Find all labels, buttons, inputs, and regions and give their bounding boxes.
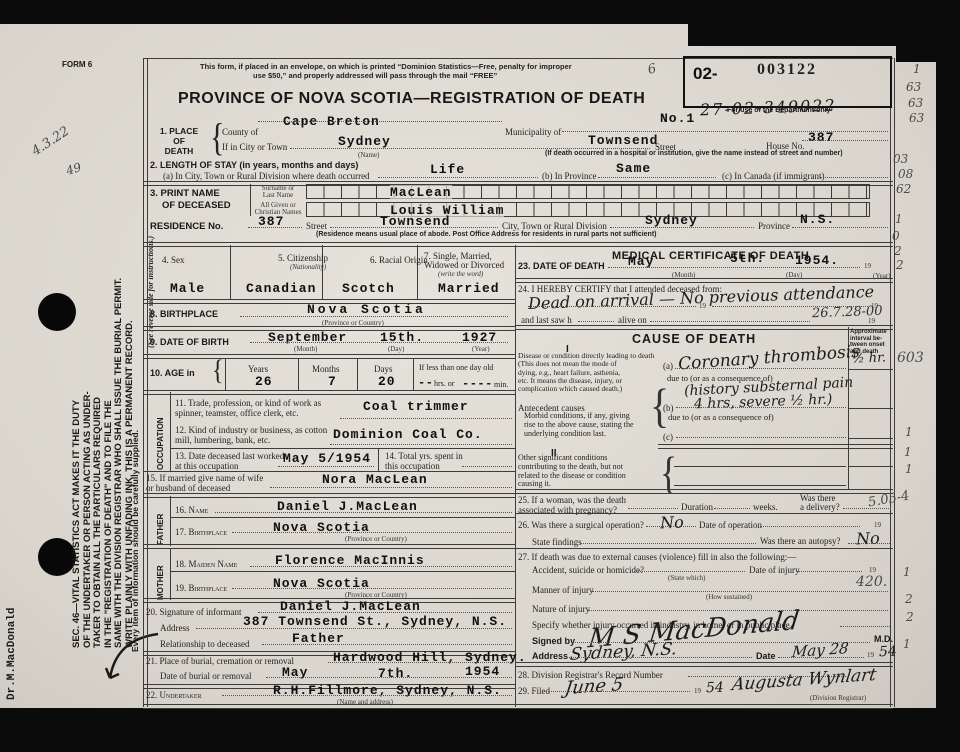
stay-b-value: Same — [616, 161, 651, 176]
rule — [143, 493, 515, 498]
delivery-label: Was there a delivery? — [800, 494, 840, 512]
length-of-stay-label: 2. LENGTH OF STAY (in years, months and … — [150, 160, 358, 170]
injury-pencil: 420. — [856, 574, 887, 590]
nature-label: Nature of injury — [532, 604, 590, 614]
rule — [290, 148, 650, 149]
age-less-label: If less than one day old — [419, 363, 493, 372]
rule — [598, 177, 716, 178]
margin-mark: 2 — [896, 258, 904, 272]
autopsy-hand: No — [856, 529, 880, 549]
rule — [848, 466, 893, 467]
age-days-value: 20 — [378, 374, 396, 389]
findings-label: State findings — [532, 537, 582, 547]
rule — [378, 177, 538, 178]
form-title: PROVINCE OF NOVA SCOTIA—REGISTRATION OF … — [178, 90, 645, 108]
margin-mark: 1 — [904, 445, 912, 459]
age-hrs-dash: -- — [418, 376, 433, 390]
burial-date-label: Date of burial or removal — [160, 671, 251, 681]
department-caption: For use of the Department only — [727, 107, 830, 114]
rule — [674, 466, 846, 467]
residence-province-value: N.S. — [800, 212, 835, 227]
margin-mark: 1 — [913, 62, 921, 76]
rule — [215, 512, 512, 513]
signed-date-label: Date — [756, 651, 776, 661]
form-number: FORM 6 — [62, 60, 92, 69]
how-sustained-sub: (How sustained) — [706, 593, 752, 601]
rule — [143, 390, 515, 395]
rule — [714, 508, 750, 509]
rule — [413, 358, 414, 390]
citizenship-label: 5. Citizenship — [278, 253, 328, 263]
spouse-label: 15. If married give name of wife or husb… — [146, 474, 263, 493]
rule — [248, 227, 302, 228]
stay-b-label: (b) In Province — [542, 171, 596, 181]
father-name-label: 16. Name — [175, 505, 208, 515]
informant-address-value: 387 Townsend St., Sydney, N.S. — [243, 614, 507, 629]
birth-day-sub: (Day) — [388, 345, 404, 353]
margin-mark: 63 — [906, 80, 921, 94]
marital-sub: (write the word) — [438, 270, 483, 278]
city-value: Sydney — [338, 134, 391, 149]
place-of-death-label: 1. PLACE OF DEATH — [150, 126, 208, 156]
age-months-label: Months — [312, 364, 340, 374]
industry-label: 12. Kind of industry or business, as cot… — [175, 426, 327, 445]
pre-year: 19 — [867, 651, 874, 659]
stay-c-label: (c) In Canada (if immigrant) — [722, 171, 824, 181]
rule — [170, 496, 171, 546]
father-group-label: FATHER — [156, 497, 165, 545]
rule — [417, 245, 418, 300]
rule — [820, 177, 888, 178]
print-name-label1: 3. PRINT NAME — [150, 188, 220, 199]
margin-mark: 03 — [893, 152, 908, 166]
injury-date-label: Date of injury — [749, 565, 799, 575]
rule — [610, 227, 754, 228]
rule — [250, 184, 251, 216]
rule — [170, 548, 171, 600]
margin-mark: 62 — [896, 182, 911, 196]
municipality-label: Municipality of — [505, 127, 561, 137]
disease-note: Disease or condition directly leading to… — [518, 352, 654, 393]
margin-mark: 603 — [897, 350, 924, 366]
rule — [802, 140, 888, 141]
rule — [278, 466, 374, 467]
cause-a-interval-hand: ½ hr. — [852, 350, 887, 366]
informant-label: 20. Signature of informant — [146, 607, 241, 617]
margin-mark: 2 — [894, 244, 902, 258]
death-day-value: 5th. — [730, 251, 765, 266]
rule — [143, 242, 893, 247]
operation-label: 26. Was there a surgical operation? — [518, 520, 644, 530]
form-border-bottom — [143, 704, 893, 709]
rule — [848, 408, 893, 409]
filed-label: 29. Filed — [518, 686, 550, 696]
citizenship-sub: (Nationality) — [290, 263, 326, 271]
rule — [650, 321, 810, 322]
rule — [674, 485, 846, 486]
residence-note: (Residence means usual place of abode. P… — [316, 231, 657, 238]
age-days-label: Days — [374, 364, 393, 374]
informant-address-label: Address — [160, 623, 190, 633]
pre-year: 19 — [868, 317, 875, 325]
weeks-label: weeks. — [753, 502, 778, 512]
rule — [843, 508, 891, 509]
margin-mark: 63 — [908, 96, 923, 110]
rule — [196, 628, 512, 629]
external-causes-label: 27. If death was due to external causes … — [518, 552, 796, 562]
last-saw-label: and last saw h — [521, 315, 572, 325]
margin-mark: 08 — [898, 167, 913, 181]
municipality-value: No.1 — [660, 111, 695, 126]
racial-origin-label: 6. Racial Origin — [370, 255, 428, 265]
mother-birthplace-label: 19. Birthplace — [175, 583, 227, 593]
birth-month-sub: (Month) — [294, 345, 317, 353]
department-serial: 003122 — [757, 61, 817, 79]
manner-label: Manner of injury — [532, 585, 593, 595]
rule — [646, 526, 696, 527]
mother-group-label: MOTHER — [156, 550, 165, 600]
md-label: M.D. — [874, 634, 893, 644]
duration-label: Duration — [681, 502, 713, 512]
undertaker-sub: (Name and address) — [337, 698, 393, 706]
rule — [760, 526, 860, 527]
rule — [792, 227, 888, 228]
undertaker-label: 22. Undertaker — [146, 690, 202, 700]
rule — [848, 369, 893, 370]
mail-notice-line2: use $50,” and properly addressed will pa… — [253, 71, 497, 80]
rule — [592, 591, 888, 592]
rule — [222, 695, 512, 696]
rule — [250, 566, 512, 567]
scan-speck — [428, 4, 444, 16]
residence-street-label: Street — [306, 221, 327, 231]
rule — [170, 571, 515, 572]
scan-edge-right — [936, 0, 960, 752]
industry-value: Dominion Coal Co. — [333, 427, 483, 442]
county-label: County of — [222, 127, 258, 137]
death-year-value: 1954. — [795, 253, 839, 268]
pre-year: 19 — [699, 302, 706, 310]
punch-hole-top — [38, 293, 76, 331]
rule — [676, 407, 846, 408]
age-label: 10. AGE in — [150, 368, 195, 378]
rule — [515, 325, 893, 330]
rule — [515, 548, 893, 549]
birth-year-sub: (Year) — [472, 345, 490, 353]
residence-province-label: Province — [758, 221, 790, 231]
rule — [258, 121, 502, 122]
father-birthplace-sub: (Province or Country) — [345, 535, 407, 543]
city-sub: (Name) — [358, 151, 379, 159]
signed-by-label: Signed by — [532, 636, 575, 646]
age-years-label: Years — [248, 364, 268, 374]
margin-mark: 2 — [905, 592, 913, 606]
rule — [580, 543, 756, 544]
margin-mark: 2 — [906, 610, 914, 624]
alive-on-label: alive on — [618, 315, 647, 325]
filed-date-hand: June 5 — [564, 674, 625, 699]
rule — [848, 438, 893, 439]
residence-city-label: City, Town or Rural Division — [502, 221, 607, 231]
stay-a-label: (a) In City, Town or Rural Division wher… — [163, 171, 370, 181]
spouse-value: Nora MacLean — [322, 472, 428, 487]
rule — [330, 444, 512, 445]
rule — [170, 448, 515, 449]
rule — [143, 544, 515, 549]
rule — [515, 513, 893, 514]
age-min-dash: ---- — [462, 377, 493, 391]
rule — [658, 444, 893, 449]
accident-label: Accident, suicide or homicide? — [532, 565, 644, 575]
margin-mark: 63 — [909, 111, 924, 125]
brace-age: { — [212, 355, 224, 387]
birthplace-label: 8. BIRTHPLACE — [150, 309, 218, 319]
residence-city-value: Sydney — [645, 213, 698, 228]
rule — [608, 267, 860, 268]
due-to-label-2: due to (or as a consequence of) — [668, 412, 774, 422]
margin-mark: 1 — [903, 637, 911, 651]
margin-mark: 1 — [905, 425, 913, 439]
rule — [357, 358, 358, 390]
rule — [298, 358, 299, 390]
rule — [578, 321, 614, 322]
marital-label: 7. Single, Married, Widowed or Divorced — [424, 252, 504, 270]
physician-address-label: Address — [532, 651, 568, 661]
rule — [340, 418, 512, 419]
department-prefix: 02- — [693, 64, 718, 84]
morbid-note: Morbid conditions, if any, giving rise t… — [524, 412, 634, 438]
trade-label: 11. Trade, profession, or kind of work a… — [175, 399, 321, 418]
rule — [848, 543, 890, 544]
cause-a-label: (a) — [663, 361, 673, 371]
operation-date-label: Date of operation — [699, 520, 762, 530]
burial-place-label: 21. Place of burial, cremation or remova… — [146, 656, 294, 666]
rule — [225, 358, 226, 390]
doctor-margin-note: Dr.M.MacDonald — [6, 560, 18, 700]
autopsy-label: Was there an autopsy? — [760, 536, 841, 546]
statute-sidebar-text: SEC. 46—VITAL STATISTICS ACT MAKES IT TH… — [72, 170, 135, 648]
total-years-label: 14. Total yrs. spent in this occupation — [385, 452, 463, 471]
burial-day-value: 7th. — [378, 666, 413, 681]
city-label: If in City or Town — [222, 142, 287, 152]
rule — [562, 131, 888, 132]
last-worked-label: 13. Date deceased last worked at this oc… — [175, 452, 284, 471]
rule — [840, 626, 890, 627]
age-hrs-label: hrs. or — [434, 379, 454, 388]
brace-place: { — [210, 117, 224, 161]
rule — [330, 227, 498, 228]
pre-year: 19 — [694, 687, 701, 695]
age-min-label: min. — [494, 380, 508, 389]
mail-notice-line1: This form, if placed in an envelope, on … — [200, 62, 572, 71]
residence-label: RESIDENCE No. — [150, 221, 223, 232]
pre-year: 19 — [869, 566, 876, 574]
citizenship-value: Canadian — [246, 281, 316, 296]
rule — [232, 532, 512, 533]
street-value: Townsend — [588, 133, 658, 148]
rule — [778, 657, 864, 658]
margin-mark: 1 — [903, 565, 911, 579]
rule — [630, 571, 745, 572]
rule — [566, 657, 752, 658]
rule — [676, 437, 846, 438]
rule — [548, 691, 690, 692]
print-name-label2: OF DECEASED — [162, 200, 231, 211]
margin-mark: 1 — [905, 462, 913, 476]
last-worked-value: May 5/1954 — [283, 451, 371, 466]
trade-value: Coal trimmer — [363, 399, 469, 414]
margin-mark: 1 — [895, 212, 903, 226]
rule — [258, 612, 512, 613]
occupation-group-label: OCCUPATION — [156, 392, 165, 470]
age-months-value: 7 — [328, 374, 337, 389]
rule — [378, 448, 379, 471]
operation-hand: No — [660, 513, 684, 533]
rule — [270, 487, 512, 488]
rule — [262, 644, 512, 645]
rule — [266, 677, 512, 678]
scan-edge-bottom — [0, 708, 960, 752]
rule — [528, 306, 696, 307]
sex-value: Male — [170, 281, 205, 296]
hospital-note: (If death occurred in a hospital or inst… — [545, 150, 843, 157]
rule — [328, 662, 513, 663]
state-which-sub: (State which) — [668, 574, 706, 582]
pre-year: 19 — [864, 262, 871, 270]
racial-origin-value: Scotch — [342, 281, 395, 296]
filed-year-hand: 54 — [706, 680, 724, 697]
date-of-death-label: 23. DATE OF DEATH — [518, 261, 605, 271]
rule — [230, 245, 231, 300]
every-item-note: Every item of information should be care… — [130, 330, 140, 652]
marital-value: Married — [438, 281, 500, 296]
surname-value: MacLean — [390, 185, 452, 200]
birthplace-value: Nova Scotia — [307, 302, 426, 317]
rule — [628, 508, 678, 509]
other-conditions-note: Other significant conditions contributin… — [518, 454, 626, 489]
sex-label: 4. Sex — [162, 255, 185, 265]
age-years-value: 26 — [255, 374, 273, 389]
stay-a-value: Life — [430, 162, 465, 177]
cause-of-death-title: CAUSE OF DEATH — [632, 332, 756, 346]
rule — [240, 316, 508, 317]
date-of-birth-label: 9. DATE OF BIRTH — [150, 337, 229, 347]
rule — [515, 662, 893, 667]
rule — [250, 342, 508, 343]
rule — [675, 368, 846, 369]
rule — [462, 466, 512, 467]
rule — [170, 392, 171, 471]
scanned-death-certificate: { "sidebar": { "form_no": "FORM 6", "pen… — [0, 0, 960, 752]
division-registrar-sub: (Division Registrar) — [810, 694, 866, 702]
rule — [232, 588, 512, 589]
relationship-label: Relationship to deceased — [160, 639, 249, 649]
rule — [225, 358, 413, 359]
rule — [798, 571, 862, 572]
mother-maiden-label: 18. Maiden Name — [175, 559, 237, 569]
signed-year-hand: 54 — [879, 644, 897, 661]
house-value: 387 — [808, 130, 834, 145]
surname-label: Surname or Last Name — [256, 185, 300, 199]
column-divider — [515, 245, 516, 707]
rule — [170, 517, 515, 518]
margin-mark: 0 — [892, 229, 900, 243]
father-birthplace-label: 17. Birthplace — [175, 527, 227, 537]
cause-c-label: (c) — [663, 432, 673, 442]
